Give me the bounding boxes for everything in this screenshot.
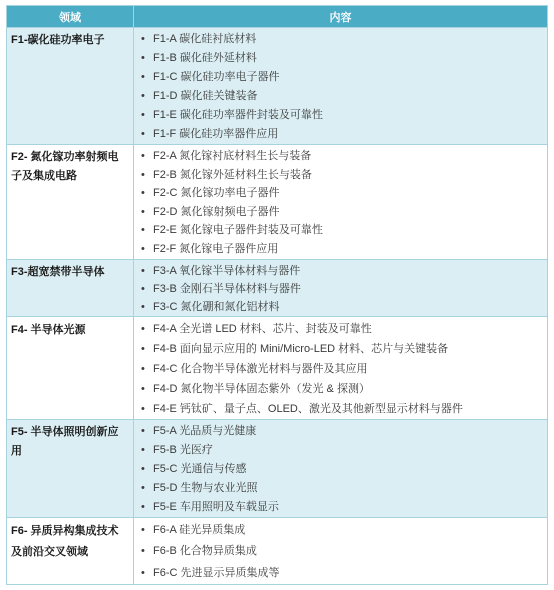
list-item-text: F5-C 光通信与传感 xyxy=(153,463,247,475)
list-item-text: F1-B 碳化硅外延材料 xyxy=(153,52,257,64)
list-item: •F5-A 光品质与光健康 xyxy=(141,422,541,441)
list-item: •F1-C 碳化硅功率电子器件 xyxy=(141,68,541,87)
column-header-content: 内容 xyxy=(134,6,548,28)
list-item-text: F3-C 氮化硼和氮化铝材料 xyxy=(153,301,280,313)
list-item-text: F5-E 车用照明及车载显示 xyxy=(153,501,279,513)
list-item: •F6-A 硅光异质集成 xyxy=(141,520,541,542)
bullet-icon: • xyxy=(141,30,153,49)
bullet-icon: • xyxy=(141,298,153,316)
list-item-text: F6-B 化合物异质集成 xyxy=(153,545,257,557)
bullet-icon: • xyxy=(141,479,153,498)
bullet-icon: • xyxy=(141,359,153,379)
content-item-list: •F6-A 硅光异质集成•F6-B 化合物异质集成•F6-C 先进显示异质集成等 xyxy=(141,520,541,585)
table-header-row: 领域 内容 xyxy=(7,6,548,28)
list-item: •F2-D 氮化镓射频电子器件 xyxy=(141,203,541,222)
bullet-icon: • xyxy=(141,125,153,144)
list-item-text: F4-E 钙钛矿、量子点、OLED、激光及其他新型显示材料与器件 xyxy=(153,403,463,415)
list-item: •F4-D 氮化物半导体固态紫外（发光 & 探测） xyxy=(141,379,541,399)
list-item: •F5-C 光通信与传感 xyxy=(141,460,541,479)
bullet-icon: • xyxy=(141,399,153,419)
list-item: •F1-F 碳化硅功率器件应用 xyxy=(141,125,541,144)
bullet-icon: • xyxy=(141,221,153,240)
bullet-icon: • xyxy=(141,49,153,68)
list-item: •F6-B 化合物异质集成 xyxy=(141,541,541,563)
domain-cell: F3-超宽禁带半导体 xyxy=(7,259,134,316)
content-cell: •F5-A 光品质与光健康•F5-B 光医疗•F5-C 光通信与传感•F5-D … xyxy=(134,419,548,517)
list-item-text: F4-D 氮化物半导体固态紫外（发光 & 探测） xyxy=(153,383,370,395)
list-item-text: F1-F 碳化硅功率器件应用 xyxy=(153,128,278,140)
content-cell: •F1-A 碳化硅衬底材料•F1-B 碳化硅外延材料•F1-C 碳化硅功率电子器… xyxy=(134,28,548,145)
domain-content-table: 领域 内容 F1-碳化硅功率电子•F1-A 碳化硅衬底材料•F1-B 碳化硅外延… xyxy=(6,5,548,585)
list-item-text: F2-F 氮化镓电子器件应用 xyxy=(153,243,278,255)
content-cell: •F2-A 氮化镓衬底材料生长与装备•F2-B 氮化镓外延材料生长与装备•F2-… xyxy=(134,145,548,260)
list-item-text: F5-A 光品质与光健康 xyxy=(153,425,256,437)
list-item-text: F6-C 先进显示异质集成等 xyxy=(153,567,280,579)
list-item: •F1-B 碳化硅外延材料 xyxy=(141,49,541,68)
content-item-list: •F5-A 光品质与光健康•F5-B 光医疗•F5-C 光通信与传感•F5-D … xyxy=(141,422,541,517)
list-item: •F2-B 氮化镓外延材料生长与装备 xyxy=(141,166,541,185)
column-header-domain: 领域 xyxy=(7,6,134,28)
list-item: •F2-E 氮化镓电子器件封装及可靠性 xyxy=(141,221,541,240)
page: 领域 内容 F1-碳化硅功率电子•F1-A 碳化硅衬底材料•F1-B 碳化硅外延… xyxy=(0,0,554,590)
bullet-icon: • xyxy=(141,87,153,106)
list-item: •F6-C 先进显示异质集成等 xyxy=(141,563,541,585)
table-row: F3-超宽禁带半导体•F3-A 氧化镓半导体材料与器件•F3-B 金刚石半导体材… xyxy=(7,259,548,316)
list-item-text: F1-A 碳化硅衬底材料 xyxy=(153,33,256,45)
content-item-list: •F4-A 全光谱 LED 材料、芯片、封装及可靠性•F4-B 面向显示应用的 … xyxy=(141,319,541,419)
bullet-icon: • xyxy=(141,106,153,125)
bullet-icon: • xyxy=(141,339,153,359)
list-item: •F2-C 氮化镓功率电子器件 xyxy=(141,184,541,203)
list-item-text: F2-B 氮化镓外延材料生长与装备 xyxy=(153,169,312,181)
list-item-text: F4-C 化合物半导体激光材料与器件及其应用 xyxy=(153,363,368,375)
table-row: F1-碳化硅功率电子•F1-A 碳化硅衬底材料•F1-B 碳化硅外延材料•F1-… xyxy=(7,28,548,145)
bullet-icon: • xyxy=(141,319,153,339)
content-item-list: •F3-A 氧化镓半导体材料与器件•F3-B 金刚石半导体材料与器件•F3-C … xyxy=(141,262,541,316)
list-item: •F5-B 光医疗 xyxy=(141,441,541,460)
table-row: F6- 异质异构集成技术及前沿交叉领域•F6-A 硅光异质集成•F6-B 化合物… xyxy=(7,517,548,585)
table-row: F4- 半导体光源•F4-A 全光谱 LED 材料、芯片、封装及可靠性•F4-B… xyxy=(7,316,548,419)
list-item-text: F3-A 氧化镓半导体材料与器件 xyxy=(153,265,300,277)
domain-cell: F5- 半导体照明创新应用 xyxy=(7,419,134,517)
domain-cell: F2- 氮化镓功率射频电子及集成电路 xyxy=(7,145,134,260)
list-item: •F3-B 金刚石半导体材料与器件 xyxy=(141,280,541,298)
bullet-icon: • xyxy=(141,498,153,517)
bullet-icon: • xyxy=(141,280,153,298)
list-item-text: F2-C 氮化镓功率电子器件 xyxy=(153,187,280,199)
list-item: •F5-E 车用照明及车载显示 xyxy=(141,498,541,517)
bullet-icon: • xyxy=(141,379,153,399)
table-row: F2- 氮化镓功率射频电子及集成电路•F2-A 氮化镓衬底材料生长与装备•F2-… xyxy=(7,145,548,260)
list-item: •F1-D 碳化硅关键装备 xyxy=(141,87,541,106)
domain-cell: F4- 半导体光源 xyxy=(7,316,134,419)
list-item-text: F4-A 全光谱 LED 材料、芯片、封装及可靠性 xyxy=(153,323,372,335)
content-item-list: •F2-A 氮化镓衬底材料生长与装备•F2-B 氮化镓外延材料生长与装备•F2-… xyxy=(141,147,541,259)
list-item-text: F1-C 碳化硅功率电子器件 xyxy=(153,71,280,83)
list-item: •F4-C 化合物半导体激光材料与器件及其应用 xyxy=(141,359,541,379)
content-cell: •F6-A 硅光异质集成•F6-B 化合物异质集成•F6-C 先进显示异质集成等 xyxy=(134,517,548,585)
list-item: •F1-E 碳化硅功率器件封装及可靠性 xyxy=(141,106,541,125)
bullet-icon: • xyxy=(141,520,153,542)
bullet-icon: • xyxy=(141,68,153,87)
content-cell: •F4-A 全光谱 LED 材料、芯片、封装及可靠性•F4-B 面向显示应用的 … xyxy=(134,316,548,419)
list-item: •F2-F 氮化镓电子器件应用 xyxy=(141,240,541,259)
bullet-icon: • xyxy=(141,460,153,479)
list-item: •F4-A 全光谱 LED 材料、芯片、封装及可靠性 xyxy=(141,319,541,339)
list-item: •F4-B 面向显示应用的 Mini/Micro-LED 材料、芯片与关键装备 xyxy=(141,339,541,359)
bullet-icon: • xyxy=(141,262,153,280)
bullet-icon: • xyxy=(141,441,153,460)
domain-cell: F1-碳化硅功率电子 xyxy=(7,28,134,145)
list-item-text: F6-A 硅光异质集成 xyxy=(153,524,245,536)
bullet-icon: • xyxy=(141,203,153,222)
table-row: F5- 半导体照明创新应用•F5-A 光品质与光健康•F5-B 光医疗•F5-C… xyxy=(7,419,548,517)
list-item-text: F2-D 氮化镓射频电子器件 xyxy=(153,206,280,218)
list-item: •F5-D 生物与农业光照 xyxy=(141,479,541,498)
list-item-text: F2-E 氮化镓电子器件封装及可靠性 xyxy=(153,224,323,236)
list-item: •F4-E 钙钛矿、量子点、OLED、激光及其他新型显示材料与器件 xyxy=(141,399,541,419)
bullet-icon: • xyxy=(141,240,153,259)
list-item: •F3-A 氧化镓半导体材料与器件 xyxy=(141,262,541,280)
content-cell: •F3-A 氧化镓半导体材料与器件•F3-B 金刚石半导体材料与器件•F3-C … xyxy=(134,259,548,316)
list-item-text: F5-B 光医疗 xyxy=(153,444,213,456)
bullet-icon: • xyxy=(141,147,153,166)
bullet-icon: • xyxy=(141,166,153,185)
table-body: F1-碳化硅功率电子•F1-A 碳化硅衬底材料•F1-B 碳化硅外延材料•F1-… xyxy=(7,28,548,585)
list-item-text: F1-E 碳化硅功率器件封装及可靠性 xyxy=(153,109,323,121)
list-item: •F1-A 碳化硅衬底材料 xyxy=(141,30,541,49)
list-item-text: F1-D 碳化硅关键装备 xyxy=(153,90,258,102)
bullet-icon: • xyxy=(141,541,153,563)
list-item-text: F5-D 生物与农业光照 xyxy=(153,482,258,494)
list-item-text: F2-A 氮化镓衬底材料生长与装备 xyxy=(153,150,311,162)
list-item-text: F3-B 金刚石半导体材料与器件 xyxy=(153,283,301,295)
content-item-list: •F1-A 碳化硅衬底材料•F1-B 碳化硅外延材料•F1-C 碳化硅功率电子器… xyxy=(141,30,541,144)
bullet-icon: • xyxy=(141,422,153,441)
domain-cell: F6- 异质异构集成技术及前沿交叉领域 xyxy=(7,517,134,585)
bullet-icon: • xyxy=(141,184,153,203)
list-item: •F3-C 氮化硼和氮化铝材料 xyxy=(141,298,541,316)
list-item: •F2-A 氮化镓衬底材料生长与装备 xyxy=(141,147,541,166)
list-item-text: F4-B 面向显示应用的 Mini/Micro-LED 材料、芯片与关键装备 xyxy=(153,343,448,355)
bullet-icon: • xyxy=(141,563,153,585)
